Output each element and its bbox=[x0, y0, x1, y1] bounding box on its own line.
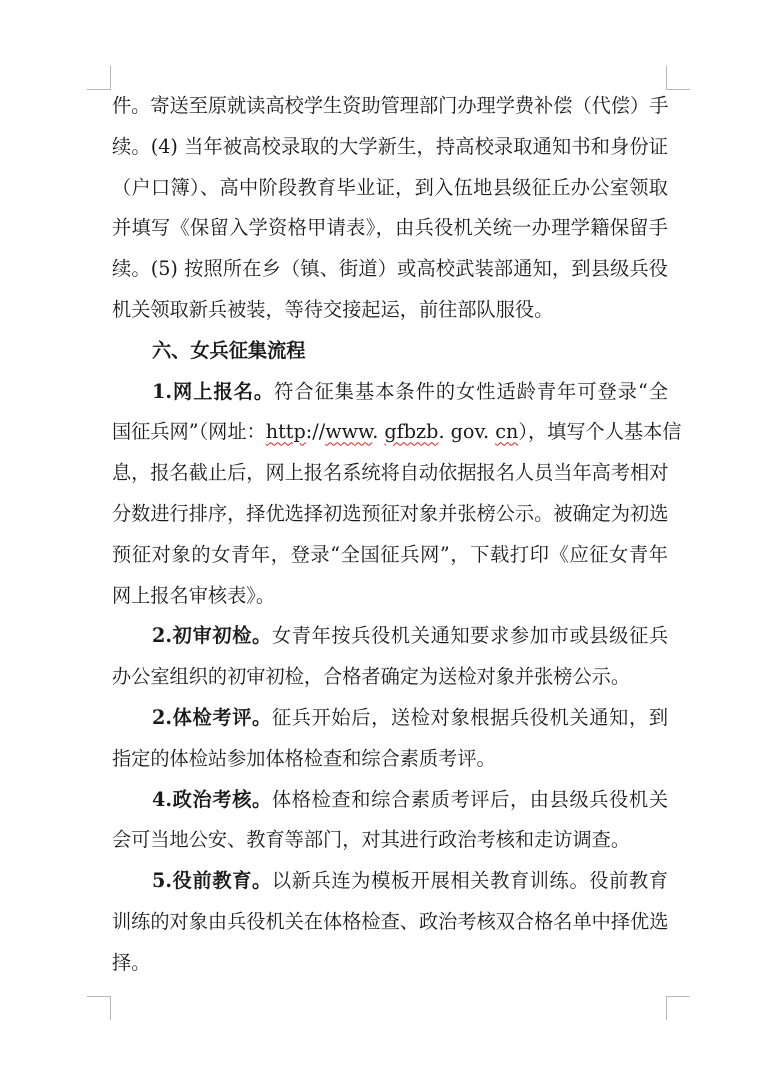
step-text: 征兵开始后，送检对象根据兵役机关通知，到 bbox=[272, 706, 668, 729]
text-line-with-url: 国征兵网”（网址：http://www. gfbzb. gov. cn），填写个… bbox=[112, 412, 668, 453]
text-line: 择。 bbox=[112, 943, 668, 984]
url-part: http bbox=[266, 420, 306, 443]
text-line: 件。寄送至原就读高校学生资助管理部门办理学费补偿（代偿）手 bbox=[112, 86, 668, 127]
step-paragraph-online-registration: 1.网上报名。符合征集基本条件的女性适龄青年可登录“全 国征兵网”（网址：htt… bbox=[112, 372, 668, 617]
continuation-paragraph: 件。寄送至原就读高校学生资助管理部门办理学费补偿（代偿）手 续。(4) 当年被高… bbox=[112, 86, 668, 331]
text-line: 续。(4) 当年被高校录取的大学新生，持高校录取通知书和身份证 bbox=[112, 127, 668, 168]
step-paragraph-pre-service-education: 5.役前教育。以新兵连为模板开展相关教育训练。役前教育 训练的对象由兵役机关在体… bbox=[112, 861, 668, 983]
step-paragraph-political-review: 4.政治考核。体格检查和综合素质考评后，由县级兵役机关 会可当地公安、教育等部门… bbox=[112, 780, 668, 862]
step-text: 以新兵连为模板开展相关教育训练。役前教育 bbox=[272, 869, 668, 892]
text-line: 办公室组织的初审初检，合格者确定为送检对象并张榜公示。 bbox=[112, 657, 668, 698]
url-part: :// bbox=[306, 420, 325, 443]
url-part: . gov. bbox=[438, 420, 495, 443]
step-title: 4.政治考核。 bbox=[152, 788, 272, 811]
text-line: 4.政治考核。体格检查和综合素质考评后，由县级兵役机关 bbox=[112, 780, 668, 821]
document-body[interactable]: 件。寄送至原就读高校学生资助管理部门办理学费补偿（代偿）手 续。(4) 当年被高… bbox=[112, 86, 668, 984]
margin-corner-mark-bottom-left bbox=[87, 996, 111, 1020]
url-part: cn bbox=[495, 420, 518, 443]
text-line: 训练的对象由兵役机关在体格检查、政治考核双合格名单中择优选 bbox=[112, 902, 668, 943]
text-line: 预征对象的女青年，登录“全国征兵网”，下载打印《应征女青年 bbox=[112, 535, 668, 576]
text-line: 机关领取新兵被装，等待交接起运，前往部队服役。 bbox=[112, 290, 668, 331]
text-line: 分数进行排序，择优选择初选预征对象并张榜公示。被确定为初选 bbox=[112, 494, 668, 535]
margin-corner-mark-top-right bbox=[666, 66, 690, 90]
url-suffix-text: ），填写个人基本信 bbox=[518, 420, 681, 443]
text-line: 2.初审初检。女青年按兵役机关通知要求参加市或县级征兵 bbox=[112, 616, 668, 657]
step-text: 体格检查和综合素质考评后，由县级兵役机关 bbox=[272, 788, 668, 811]
text-line: 5.役前教育。以新兵连为模板开展相关教育训练。役前教育 bbox=[112, 861, 668, 902]
text-line: 1.网上报名。符合征集基本条件的女性适龄青年可登录“全 bbox=[112, 372, 668, 413]
step-title: 1.网上报名。 bbox=[152, 380, 274, 403]
text-line: 续。(5) 按照所在乡（镇、街道）或高校武装部通知，到县级兵役 bbox=[112, 249, 668, 290]
text-line: 2.体检考评。征兵开始后，送检对象根据兵役机关通知，到 bbox=[112, 698, 668, 739]
step-text: 符合征集基本条件的女性适龄青年可登录“全 bbox=[274, 380, 668, 403]
step-text: 女青年按兵役机关通知要求参加市或县级征兵 bbox=[272, 624, 668, 647]
text-line: 网上报名审核表》。 bbox=[112, 576, 668, 617]
step-title: 2.初审初检。 bbox=[152, 624, 272, 647]
step-paragraph-physical-exam: 2.体检考评。征兵开始后，送检对象根据兵役机关通知，到 指定的体检站参加体格检查… bbox=[112, 698, 668, 780]
section-heading: 六、女兵征集流程 bbox=[112, 331, 668, 372]
text-line: （户口簿）、高中阶段教育毕业证，到入伍地县级征丘办公室领取 bbox=[112, 168, 668, 209]
step-title: 2.体检考评。 bbox=[152, 706, 272, 729]
website-url[interactable]: http://www. gfbzb. gov. cn bbox=[266, 420, 519, 443]
url-part: . bbox=[372, 420, 384, 443]
text-line: 并填写《保留入学资格甲请表》，由兵役机关统一办理学籍保留手 bbox=[112, 208, 668, 249]
text-line: 指定的体检站参加体格检查和综合素质考评。 bbox=[112, 739, 668, 780]
margin-corner-mark-top-left bbox=[87, 66, 111, 90]
text-line: 息，报名截止后，网上报名系统将自动依据报名人员当年高考相对 bbox=[112, 453, 668, 494]
margin-corner-mark-bottom-right bbox=[666, 996, 690, 1020]
step-title: 5.役前教育。 bbox=[152, 869, 272, 892]
url-prefix-text: 国征兵网”（网址： bbox=[112, 420, 266, 443]
url-part: gfbzb bbox=[384, 420, 438, 443]
text-line: 会可当地公安、教育等部门，对其进行政治考核和走访调查。 bbox=[112, 820, 668, 861]
step-paragraph-initial-review: 2.初审初检。女青年按兵役机关通知要求参加市或县级征兵 办公室组织的初审初检，合… bbox=[112, 616, 668, 698]
url-part: www bbox=[325, 420, 372, 443]
